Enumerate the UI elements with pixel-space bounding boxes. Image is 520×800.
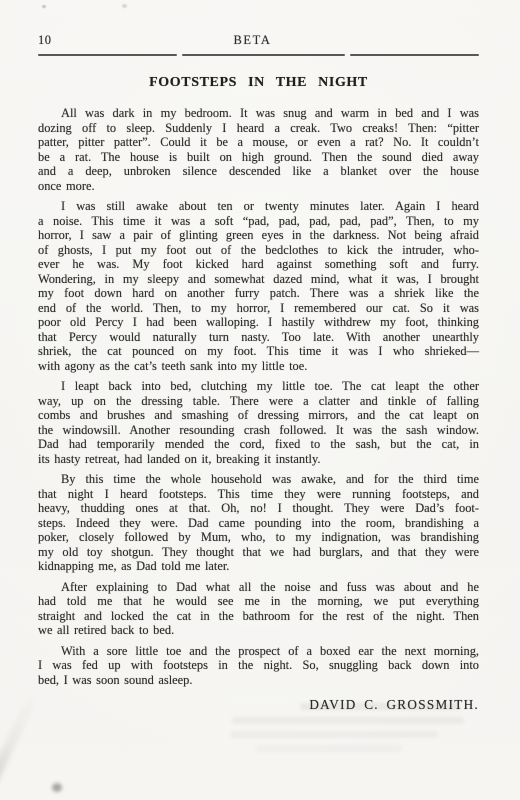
scanned-page: 10 BETA FOOTSTEPS IN THE NIGHT All was d… xyxy=(0,0,520,800)
text-line: bed, I was soon sound asleep. xyxy=(38,673,479,688)
text-line: with agony as the cat’s teeth sank into … xyxy=(38,359,479,374)
text-line: poker, closely followed by Mum, who, to … xyxy=(38,530,479,545)
text-line: of ghosts, I put my foot out of the bedc… xyxy=(38,243,479,258)
text-line: we all retired back to bed. xyxy=(38,623,479,638)
text-line: my old toy shotgun. They thought that we… xyxy=(38,545,479,560)
text-line: With a sore little toe and the prospect … xyxy=(38,644,479,659)
article-title: FOOTSTEPS IN THE NIGHT xyxy=(38,75,479,91)
text-line: I was still awake about ten or twenty mi… xyxy=(38,199,479,214)
header-rule-segment xyxy=(182,54,345,56)
text-line: a noise. This time it was a soft “pad, p… xyxy=(38,214,479,229)
article-body: All was dark in my bedroom. It was snug … xyxy=(38,106,479,687)
paragraph: I was still awake about ten or twenty mi… xyxy=(38,199,479,373)
text-line: the windowsill. Another resounding crash… xyxy=(38,423,479,438)
header-rule xyxy=(38,54,479,56)
bleed-through-artifact xyxy=(232,717,464,724)
text-line: combs and brushes and smashing of dressi… xyxy=(38,408,479,423)
text-line: poor old Percy I had been walloping. I h… xyxy=(38,315,479,330)
text-line: straight and locked the cat in the bathr… xyxy=(38,609,479,624)
paragraph: I leapt back into bed, clutching my litt… xyxy=(38,379,479,466)
text-line: ever he was. My foot kicked hard against… xyxy=(38,257,479,272)
text-line: once more. xyxy=(38,179,479,194)
text-line: be a rat. The house is built on high gro… xyxy=(38,150,479,165)
ink-speck xyxy=(122,4,127,8)
text-line: steps. Indeed they were. Dad came poundi… xyxy=(38,516,479,531)
text-line: that night I heard footsteps. This time … xyxy=(38,487,479,502)
text-line: my foot down hard on another furry patch… xyxy=(38,286,479,301)
paragraph: By this time the whole household was awa… xyxy=(38,472,479,574)
text-line: that Percy would naturally turn nasty. T… xyxy=(38,330,479,345)
text-line: I leapt back into bed, clutching my litt… xyxy=(38,379,479,394)
scanner-smudge xyxy=(0,690,40,800)
text-line: way, up on the dressing table. There wer… xyxy=(38,394,479,409)
paragraph: All was dark in my bedroom. It was snug … xyxy=(38,106,479,193)
text-line: heavy, thudding ones at that. Oh, no! I … xyxy=(38,501,479,516)
text-line: shriek, the cat pounced on my foot. This… xyxy=(38,344,479,359)
text-line: dozing off to sleep. Suddenly I heard a … xyxy=(38,121,479,136)
header-rule-segment xyxy=(350,54,479,56)
text-line: Wondering, in my sleepy and somewhat daz… xyxy=(38,272,479,287)
text-line: By this time the whole household was awa… xyxy=(38,472,479,487)
text-line: All was dark in my bedroom. It was snug … xyxy=(38,106,479,121)
ink-speck xyxy=(42,5,46,8)
text-line: I was fed up with footsteps in the night… xyxy=(38,658,479,673)
scanner-smudge-spot xyxy=(52,783,62,792)
bleed-through-artifact xyxy=(300,703,460,710)
text-line: After explaining to Dad what all the noi… xyxy=(38,580,479,595)
text-line: its hasty retreat, had landed on it, bre… xyxy=(38,452,479,467)
page-number: 10 xyxy=(38,33,52,48)
text-line: Dad had temporarily mended the cord, fix… xyxy=(38,437,479,452)
text-line: and a deep, unbroken silence descended l… xyxy=(38,164,479,179)
paragraph: With a sore little toe and the prospect … xyxy=(38,644,479,688)
bleed-through-artifact xyxy=(230,731,438,738)
text-line: patter, pitter patter”. Could it be a mo… xyxy=(38,135,479,150)
text-line: had told me that he would see me in the … xyxy=(38,594,479,609)
header-rule-segment xyxy=(38,54,177,56)
page-header: 10 BETA xyxy=(38,33,479,48)
bleed-through-artifact xyxy=(256,745,402,752)
text-line: kidnapping me, as Dad told me later. xyxy=(38,559,479,574)
text-line: horror, I saw a pair of glinting green e… xyxy=(38,228,479,243)
publication-title: BETA xyxy=(233,33,271,48)
text-line: end of the world. Then, to my horror, I … xyxy=(38,301,479,316)
paragraph: After explaining to Dad what all the noi… xyxy=(38,580,479,638)
